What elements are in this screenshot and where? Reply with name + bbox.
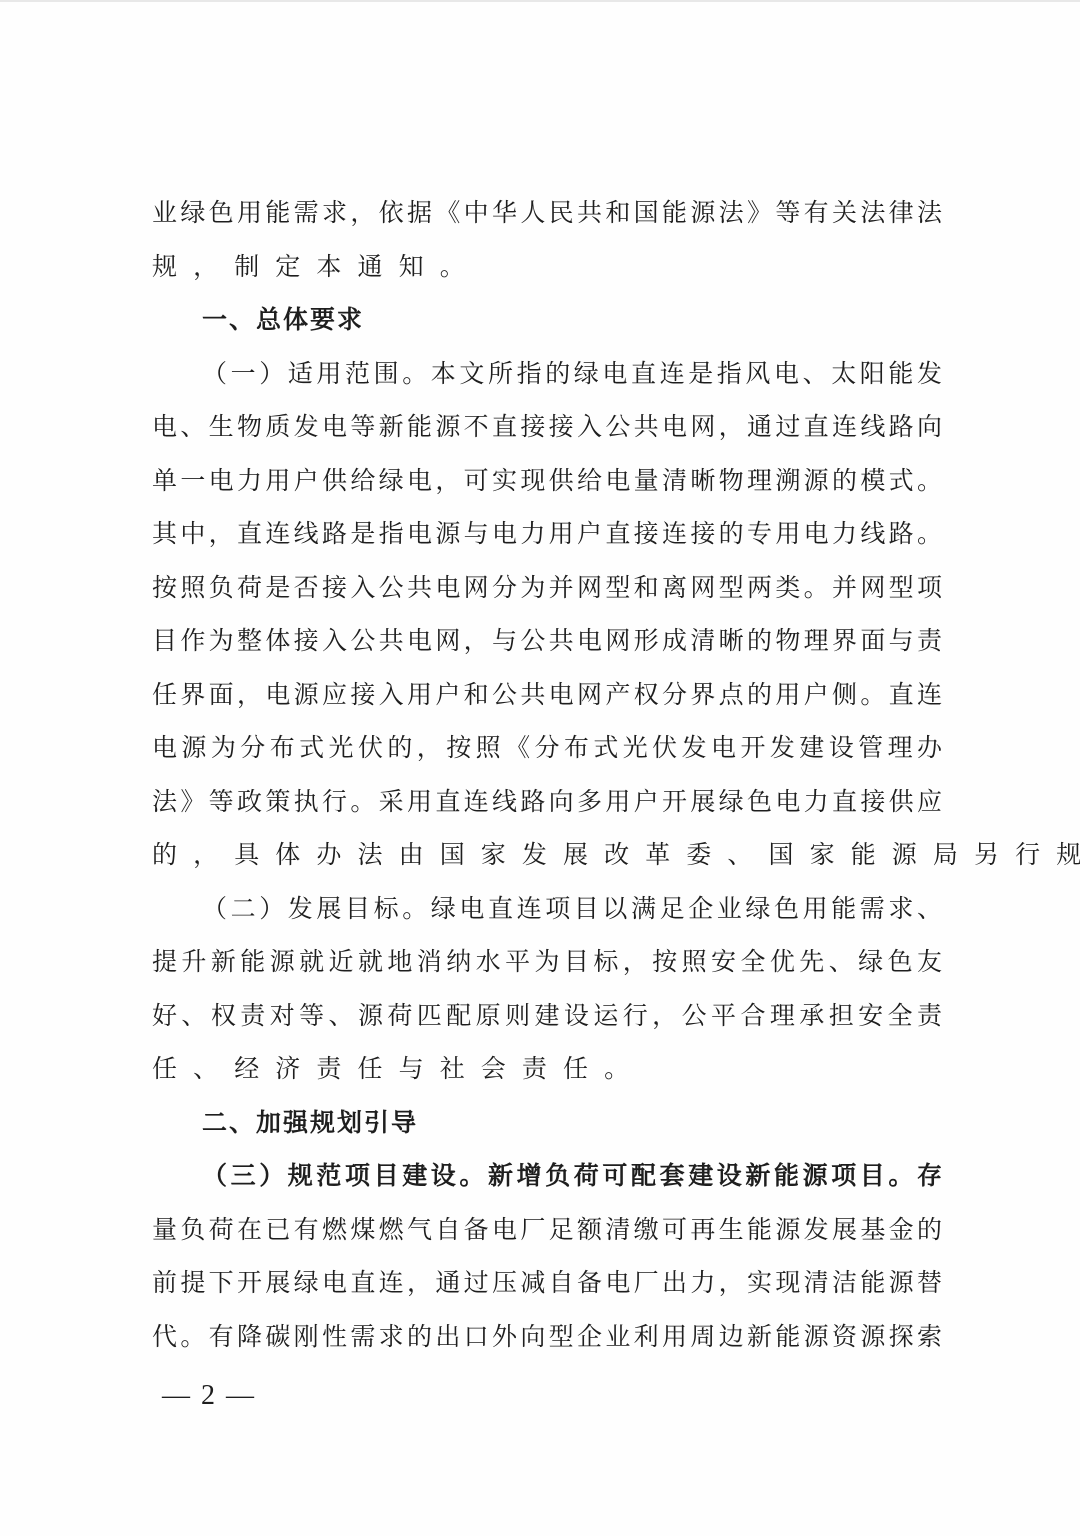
clause-1-line: （一）适用范围。本文所指的绿电直连是指风电、太阳能发 [152, 347, 942, 401]
body-line: 好、权责对等、源荷匹配原则建设运行，公平合理承担安全责 [152, 989, 942, 1043]
body-line: 业绿色用能需求，依据《中华人民共和国能源法》等有关法律法 [152, 186, 942, 240]
clause-2-line: （二）发展目标。绿电直连项目以满足企业绿色用能需求、 [152, 882, 942, 936]
body-line: 目作为整体接入公共电网，与公共电网形成清晰的物理界面与责 [152, 614, 942, 668]
body-line: 前提下开展绿电直连，通过压减自备电厂出力，实现清洁能源替 [152, 1256, 942, 1310]
section-heading-2: 二、加强规划引导 [152, 1096, 942, 1150]
body-line: 任、经济责任与社会责任。 [152, 1042, 942, 1096]
body-line: 其中，直连线路是指电源与电力用户直接连接的专用电力线路。 [152, 507, 942, 561]
scan-edge [0, 0, 1080, 2]
page-number: — 2 — [162, 1380, 256, 1412]
body-line: 量负荷在已有燃煤燃气自备电厂足额清缴可再生能源发展基金的 [152, 1203, 942, 1257]
body-line: 规，制定本通知。 [152, 240, 942, 294]
body-line: 单一电力用户供给绿电，可实现供给电量清晰物理溯源的模式。 [152, 454, 942, 508]
document-page: 业绿色用能需求，依据《中华人民共和国能源法》等有关法律法 规，制定本通知。 一、… [0, 0, 1080, 1536]
body-line: 任界面，电源应接入用户和公共电网产权分界点的用户侧。直连 [152, 668, 942, 722]
body-line: 法》等政策执行。采用直连线路向多用户开展绿色电力直接供应 [152, 775, 942, 829]
body-line: 代。有降碳刚性需求的出口外向型企业利用周边新能源资源探索 [152, 1310, 942, 1364]
body-line: 电源为分布式光伏的，按照《分布式光伏发电开发建设管理办 [152, 721, 942, 775]
clause-3-line: （三）规范项目建设。新增负荷可配套建设新能源项目。存 [152, 1149, 942, 1203]
body-line: 的，具体办法由国家发展改革委、国家能源局另行规定。 [152, 828, 942, 882]
document-body: 业绿色用能需求，依据《中华人民共和国能源法》等有关法律法 规，制定本通知。 一、… [152, 186, 942, 1363]
body-line: 按照负荷是否接入公共电网分为并网型和离网型两类。并网型项 [152, 561, 942, 615]
body-line: 提升新能源就近就地消纳水平为目标，按照安全优先、绿色友 [152, 935, 942, 989]
section-heading-1: 一、总体要求 [152, 293, 942, 347]
body-line: 电、生物质发电等新能源不直接接入公共电网，通过直连线路向 [152, 400, 942, 454]
